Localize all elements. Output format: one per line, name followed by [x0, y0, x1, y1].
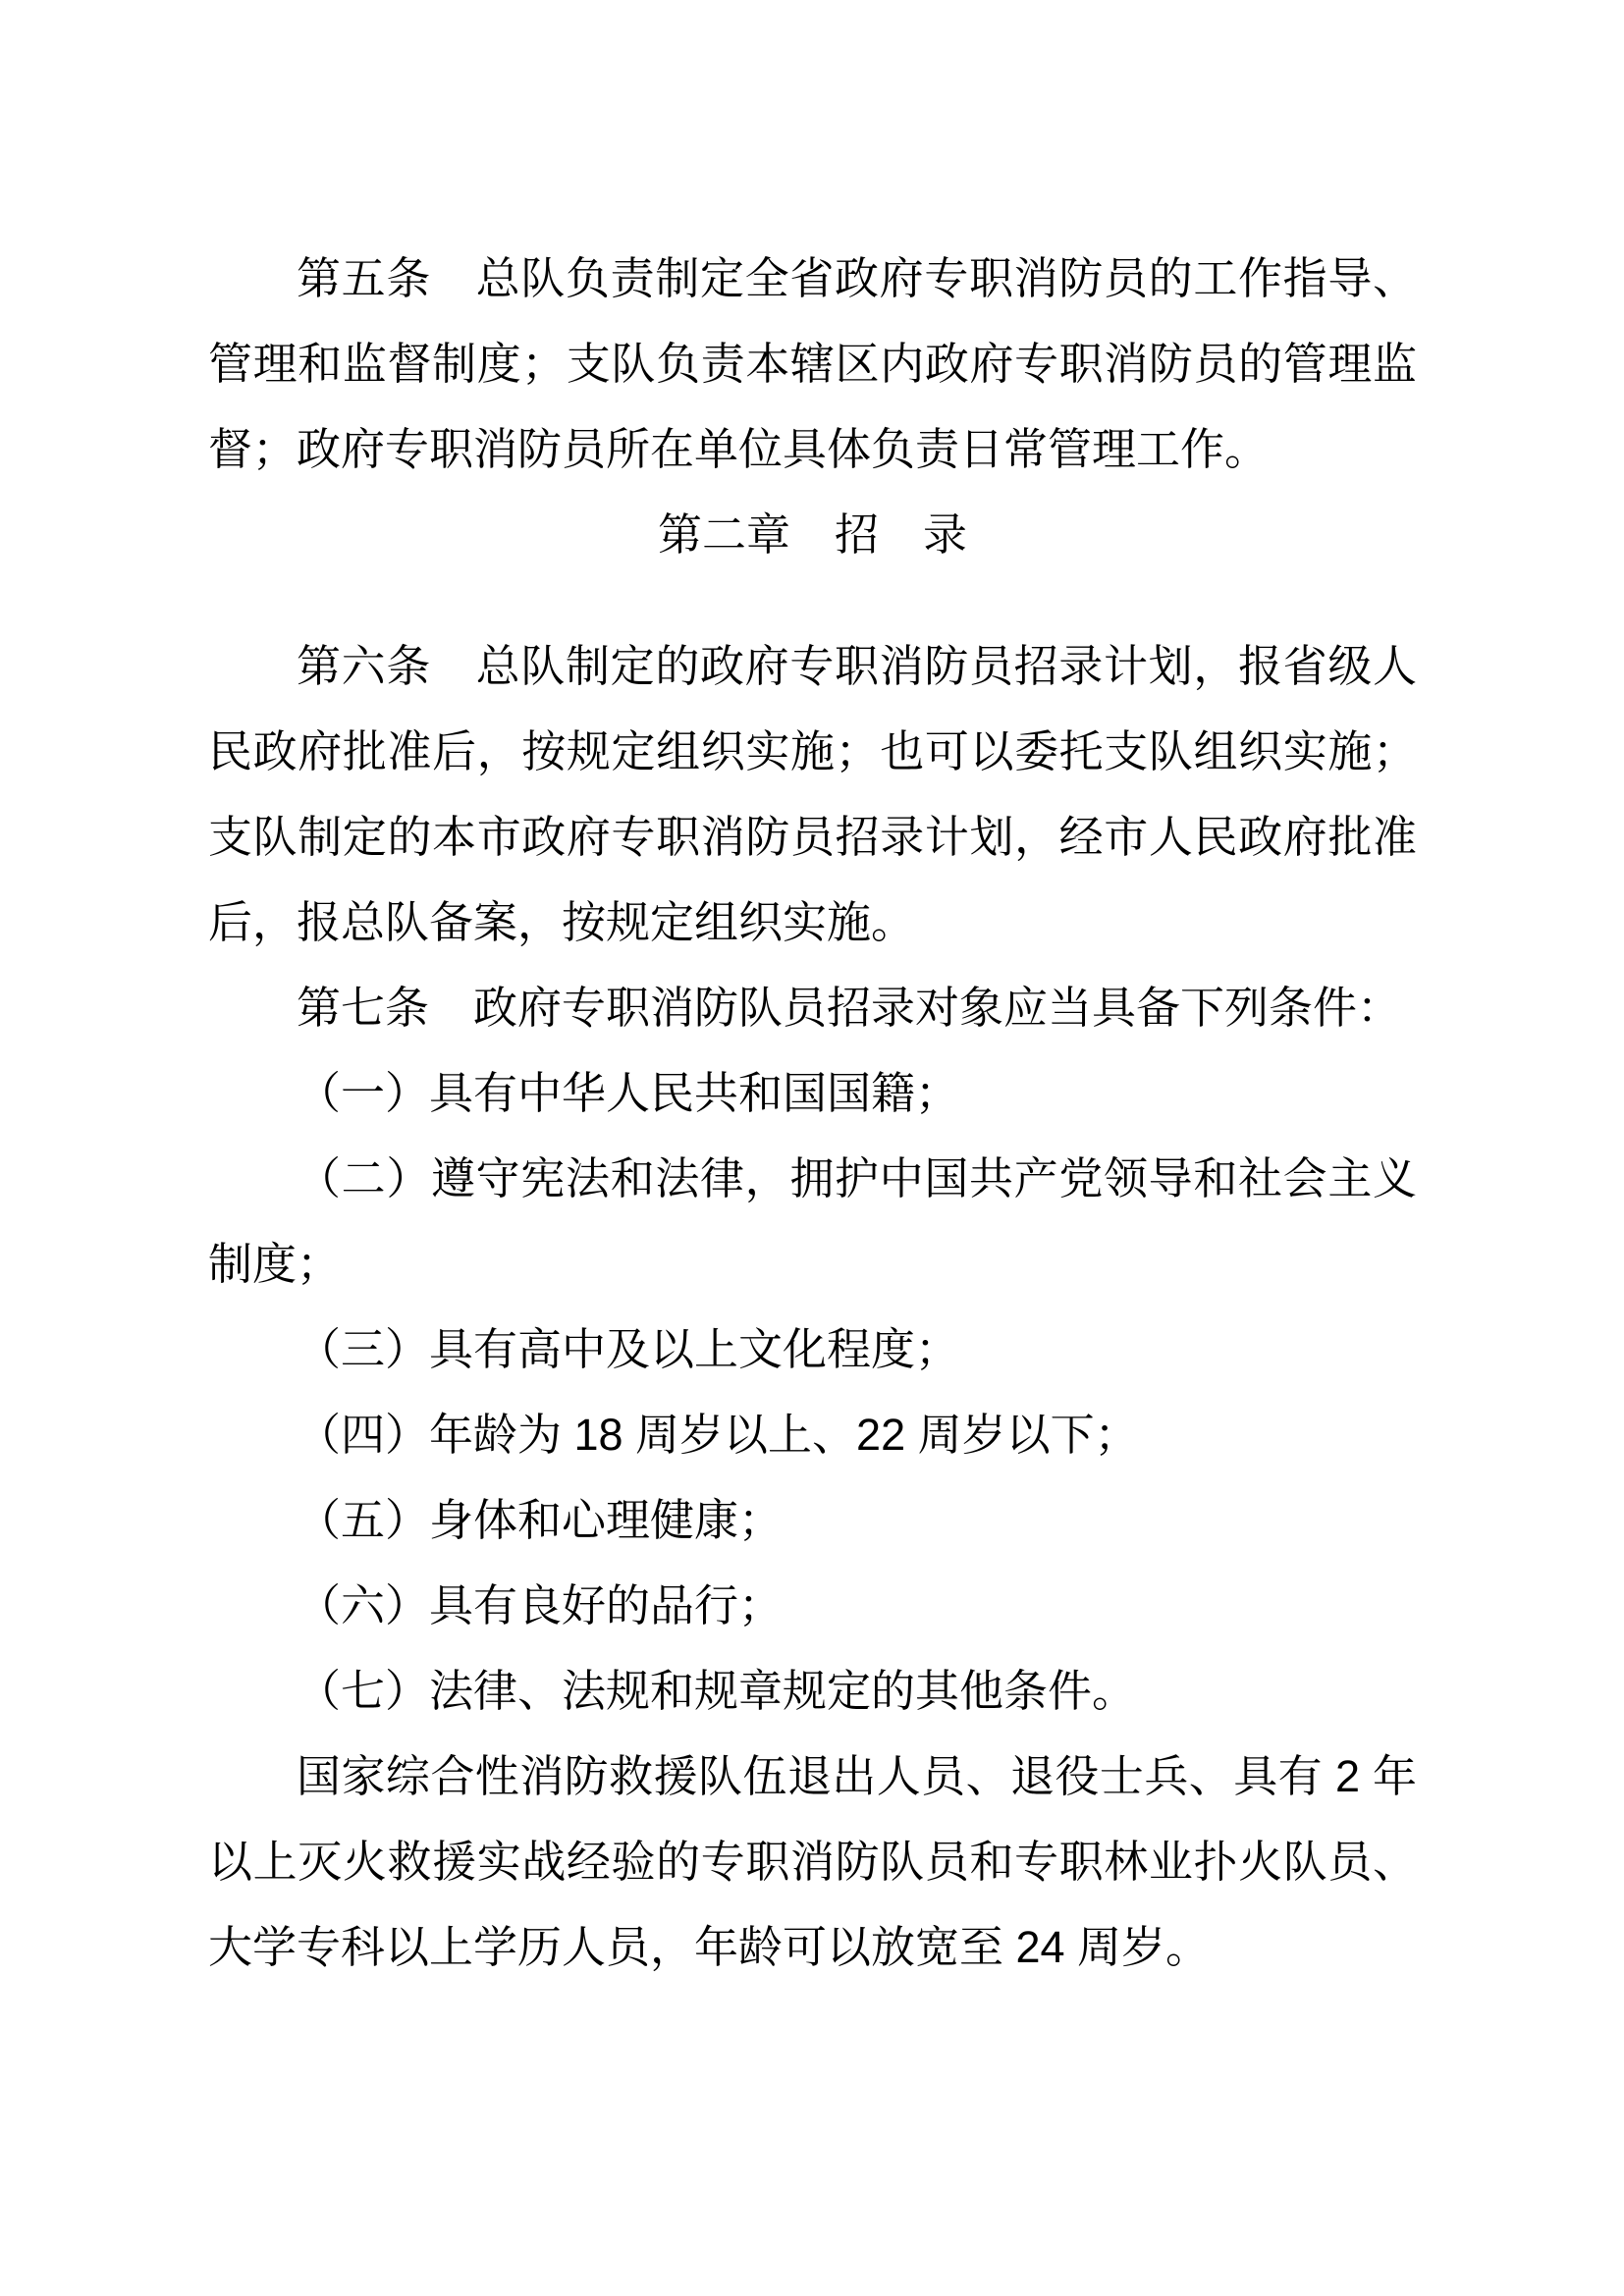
document-body: 第五条 总队负责制定全省政府专职消防员的工作指导、管理和监督制度；支队负责本辖区…	[208, 236, 1417, 1990]
paragraph-article-7: 第七条 政府专职消防队员招录对象应当具备下列条件：	[208, 965, 1417, 1050]
paragraph-article-6: 第六条 总队制定的政府专职消防员招录计划，报省级人民政府批准后，按规定组织实施；…	[208, 623, 1417, 965]
list-item-5: （五）身体和心理健康；	[208, 1477, 1417, 1563]
list-item-1: （一）具有中华人民共和国国籍；	[208, 1050, 1417, 1136]
list-item-7: （七）法律、法规和规章规定的其他条件。	[208, 1648, 1417, 1734]
chapter-heading: 第二章 招 录	[208, 492, 1417, 577]
list-item-3: （三）具有高中及以上文化程度；	[208, 1307, 1417, 1392]
list-item-2: （二）遵守宪法和法律，拥护中国共产党领导和社会主义制度；	[208, 1136, 1417, 1307]
list-item-6: （六）具有良好的品行；	[208, 1563, 1417, 1648]
document-page: 第五条 总队负责制定全省政府专职消防员的工作指导、管理和监督制度；支队负责本辖区…	[0, 0, 1624, 2296]
paragraph-article-5: 第五条 总队负责制定全省政府专职消防员的工作指导、管理和监督制度；支队负责本辖区…	[208, 236, 1417, 492]
paragraph-age-relaxation: 国家综合性消防救援队伍退出人员、退役士兵、具有 2 年以上灭火救援实战经验的专职…	[208, 1734, 1417, 1990]
list-item-4: （四）年龄为 18 周岁以上、22 周岁以下；	[208, 1392, 1417, 1477]
